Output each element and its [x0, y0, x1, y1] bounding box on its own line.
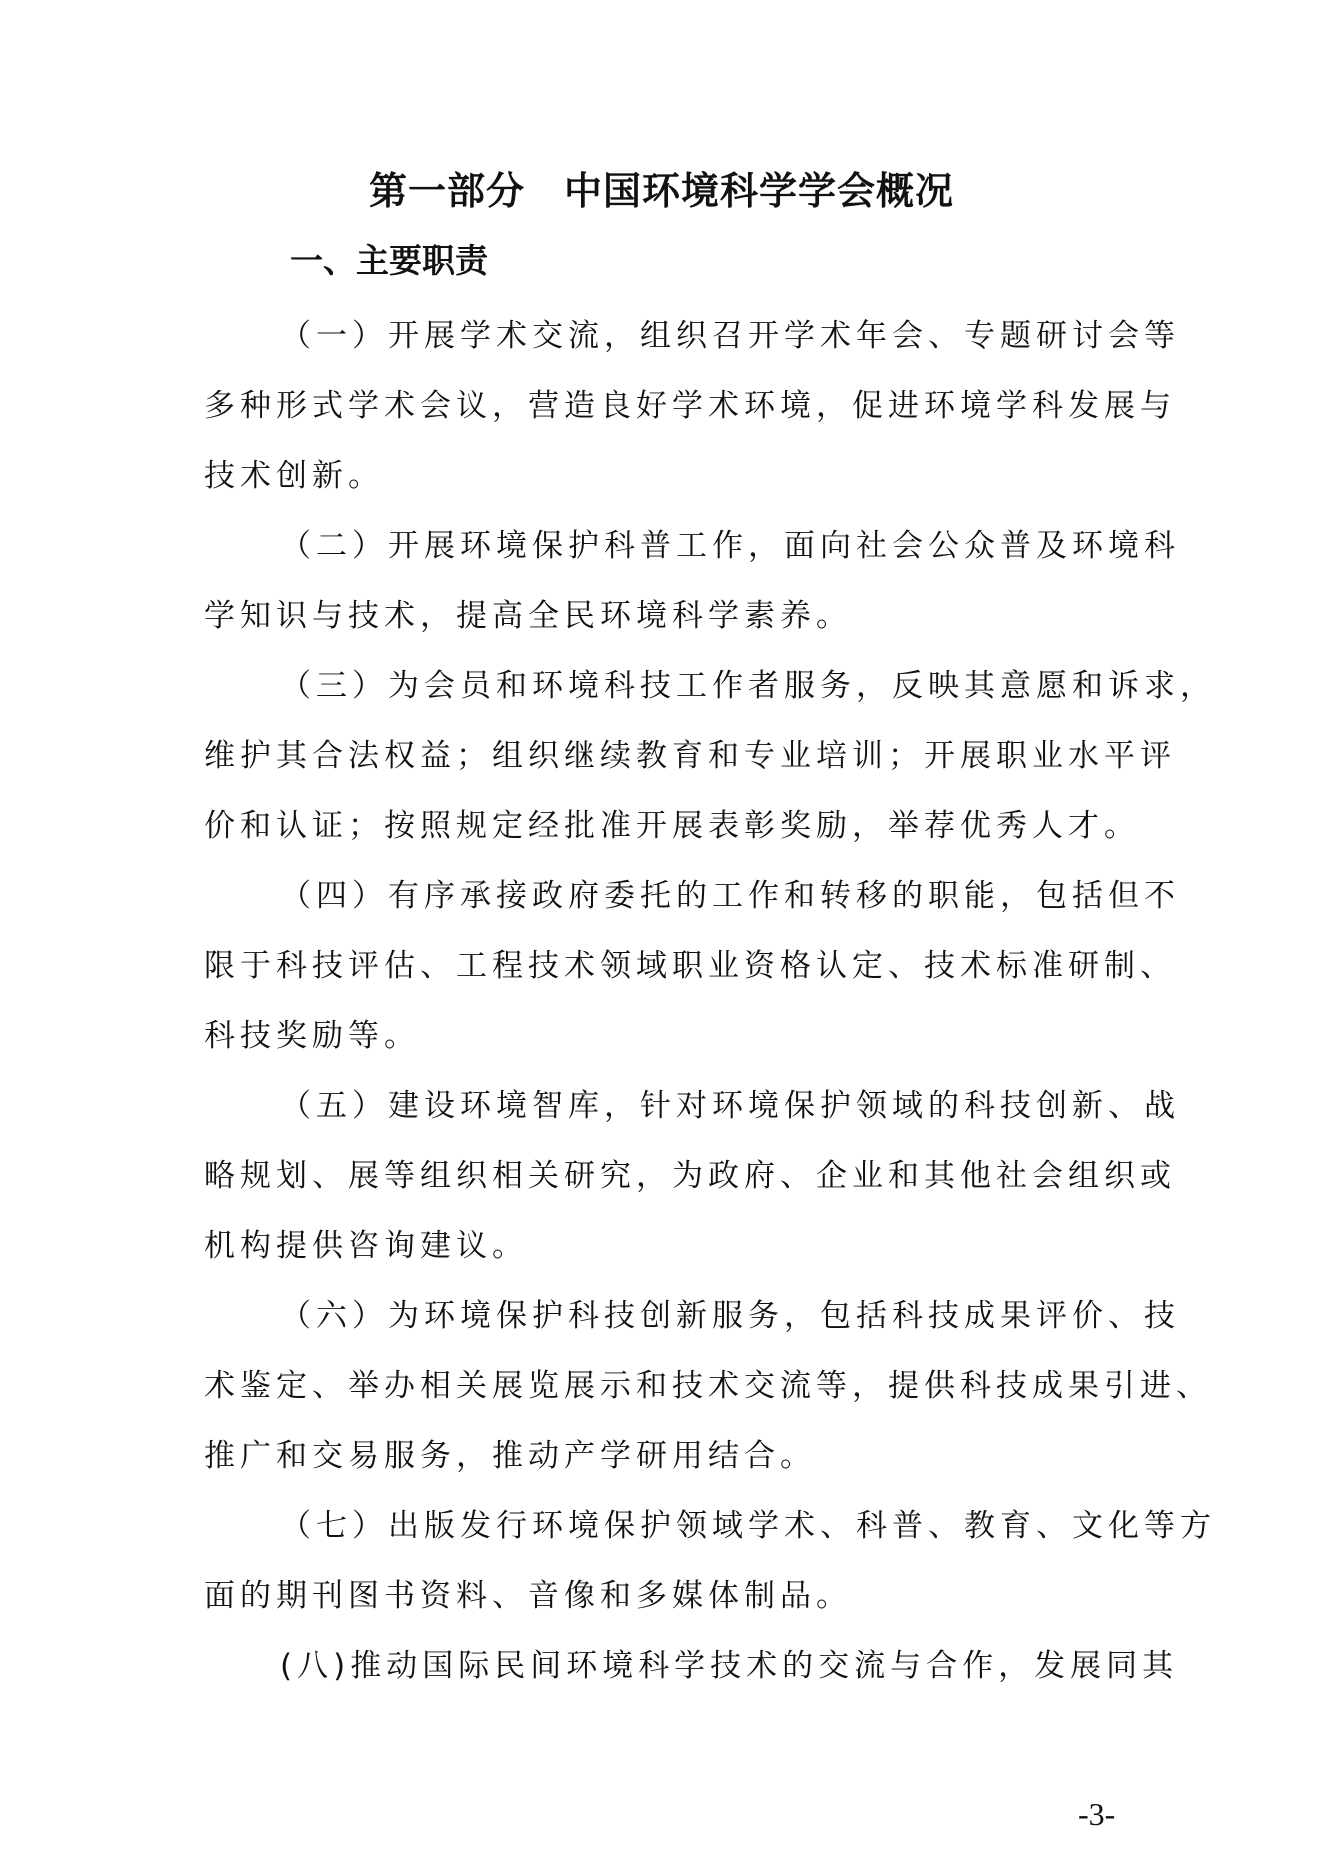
text-line: （四）有序承接政府委托的工作和转移的职能，包括但不 [280, 870, 1180, 915]
text-line: 术鉴定、举办相关展览展示和技术交流等，提供科技成果引进、 [204, 1360, 1212, 1405]
text-line: （二）开展环境保护科普工作，面向社会公众普及环境科 [280, 520, 1180, 565]
page-title: 第一部分 中国环境科学学会概况 [0, 160, 1323, 215]
text-line: 维护其合法权益；组织继续教育和专业培训；开展职业水平评 [204, 730, 1176, 775]
text-line: （三）为会员和环境科技工作者服务，反映其意愿和诉求， [280, 660, 1216, 705]
text-line: 推广和交易服务，推动产学研用结合。 [204, 1430, 816, 1475]
text-line: 科技奖励等。 [204, 1010, 420, 1055]
text-line: 机构提供咨询建议。 [204, 1220, 528, 1265]
text-line: （七）出版发行环境保护领域学术、科普、教育、文化等方 [280, 1500, 1216, 1545]
text-line: （一）开展学术交流，组织召开学术年会、专题研讨会等 [280, 310, 1180, 355]
page-number: -3- [1078, 1796, 1115, 1833]
text-line: （六）为环境保护科技创新服务，包括科技成果评价、技 [280, 1290, 1180, 1335]
text-line: 价和认证；按照规定经批准开展表彰奖励，举荐优秀人才。 [204, 800, 1140, 845]
text-line: （五）建设环境智库，针对环境保护领域的科技创新、战 [280, 1080, 1180, 1125]
text-line: 限于科技评估、工程技术领域职业资格认定、技术标准研制、 [204, 940, 1176, 985]
text-line: 略规划、展等组织相关研究，为政府、企业和其他社会组织或 [204, 1150, 1176, 1195]
text-line: (八)推动国际民间环境科学技术的交流与合作，发展同其 [280, 1640, 1178, 1685]
text-line: 技术创新。 [204, 450, 384, 495]
text-line: 学知识与技术，提高全民环境科学素养。 [204, 590, 852, 635]
text-line: 面的期刊图书资料、音像和多媒体制品。 [204, 1570, 852, 1615]
section-heading: 一、主要职责 [290, 235, 488, 282]
text-line: 多种形式学术会议，营造良好学术环境，促进环境学科发展与 [204, 380, 1176, 425]
